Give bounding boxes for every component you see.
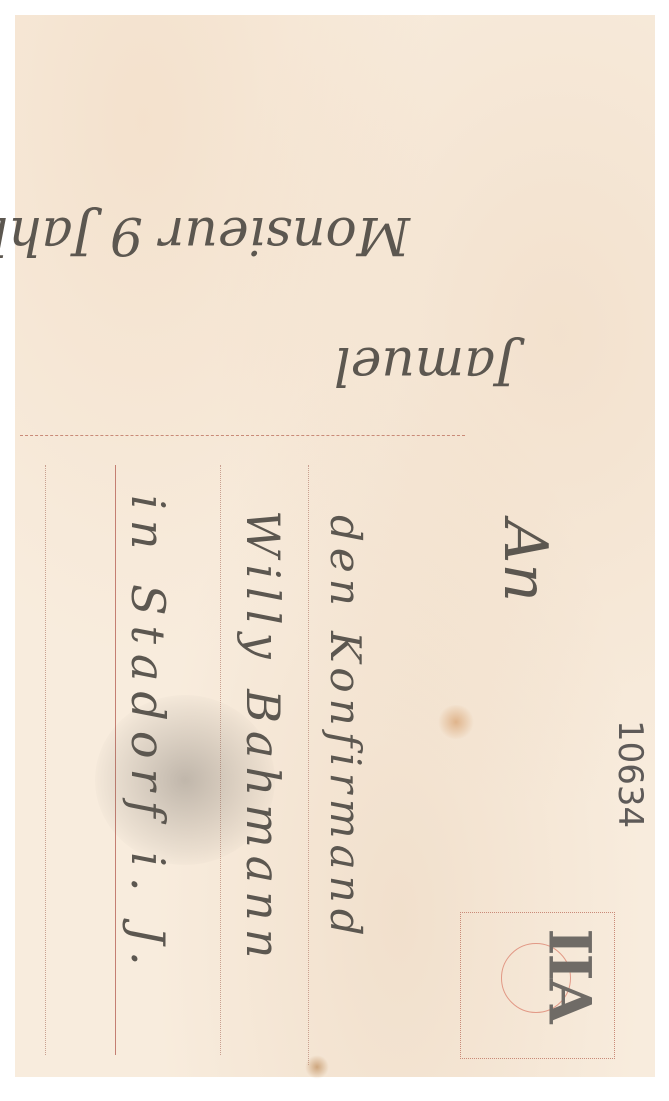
address-line-recipient-title: den Konfirmand <box>321 515 370 942</box>
address-guide-line-4 <box>308 465 309 1065</box>
address-guide-line-1 <box>45 465 46 1055</box>
message-line-1: Monsieur 9 Jahl <box>10 205 410 265</box>
address-line-recipient-name: Willy Bahmann <box>236 510 290 966</box>
address-line-an: An <box>490 520 560 602</box>
message-divider-line <box>20 435 465 436</box>
archive-number: 10634 <box>610 720 650 828</box>
address-line-location: in Stadorf i. J. <box>121 495 175 976</box>
paper-stain-bottom <box>305 1055 329 1079</box>
stamp-box: IIA <box>460 912 615 1059</box>
paper-stain <box>437 705 475 739</box>
message-line-2: Jamuel <box>315 335 535 395</box>
stamp-mark: IIA <box>536 928 604 1021</box>
postcard-back: Monsieur 9 Jahl Jamuel An den Konfirmand… <box>15 15 655 1077</box>
